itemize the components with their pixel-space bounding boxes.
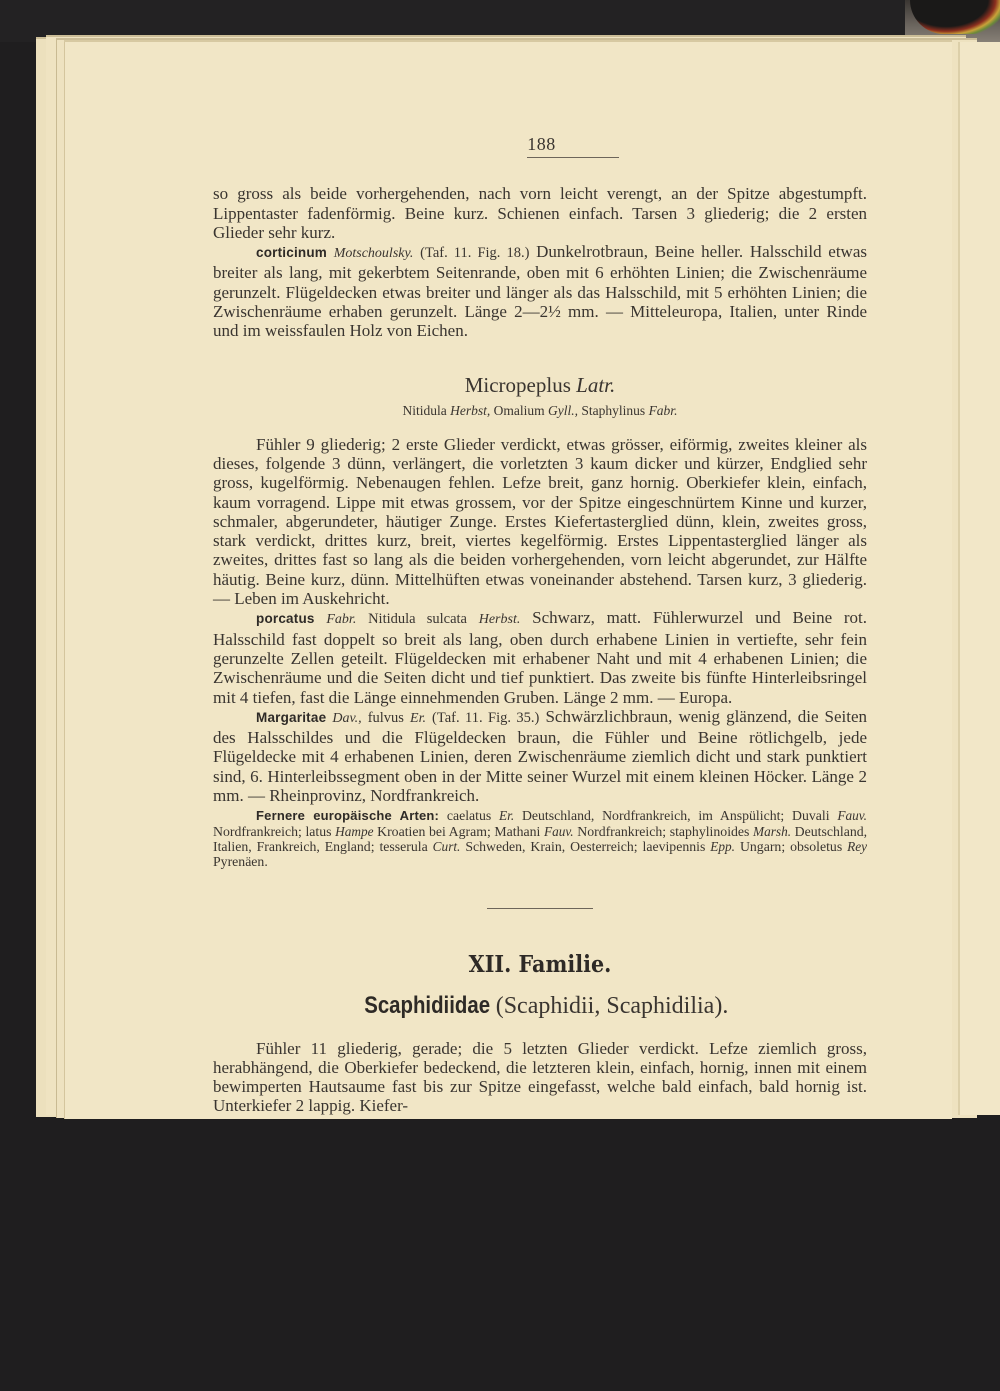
species-name: Margaritae bbox=[256, 710, 326, 725]
further-species-name: Duvali bbox=[792, 808, 830, 823]
family-name: Scaphidiidae bbox=[364, 991, 490, 1021]
further-species-heading: Fernere europäische Arten: bbox=[256, 808, 439, 823]
family-description: Fühler 11 gliederig, gerade; die 5 letzt… bbox=[213, 1039, 867, 1116]
further-species-list: Fernere europäische Arten: caelatus Er. … bbox=[213, 808, 867, 869]
further-species-name: Mathani bbox=[494, 824, 540, 839]
synonym-name: Staphylinus bbox=[581, 403, 645, 418]
species-name: corticinum bbox=[256, 245, 327, 260]
further-species-author: Fauv. bbox=[544, 824, 574, 839]
family-name-heading: Scaphidiidae (Scaphidii, Scaphidilia). bbox=[213, 991, 867, 1021]
page-number: 188 bbox=[216, 135, 867, 154]
further-species-author: Curt. bbox=[433, 839, 461, 854]
species-name: porcatus bbox=[256, 611, 315, 626]
species-entry-corticinum: corticinum Motschoulsky. (Taf. 11. Fig. … bbox=[213, 242, 867, 340]
family-number-heading: XII. Familie. bbox=[246, 951, 835, 979]
species-author: Dav., bbox=[332, 711, 361, 726]
further-species-author: Fauv. bbox=[837, 808, 867, 823]
species-synonym-author: Herbst. bbox=[479, 612, 521, 627]
genus-description: Fühler 9 gliederig; 2 erste Glieder verd… bbox=[213, 435, 867, 609]
further-species-range: Pyrenäen. bbox=[213, 854, 268, 869]
further-species-range: Nordfrankreich; bbox=[577, 824, 666, 839]
page-number-rule bbox=[527, 157, 619, 158]
synonym-author: Fabr. bbox=[649, 403, 678, 418]
further-species-range: Kroatien bei Agram; bbox=[377, 824, 491, 839]
further-species-author: Epp. bbox=[710, 839, 735, 854]
genus-heading: Micropeplus Latr. bbox=[213, 373, 867, 397]
further-species-name: obsoletus bbox=[790, 839, 842, 854]
facing-page-edge bbox=[958, 42, 1000, 1115]
further-species-name: staphylinoides bbox=[670, 824, 750, 839]
further-species-name: tesserula bbox=[379, 839, 427, 854]
synonym-author: Herbst, bbox=[450, 403, 490, 418]
further-species-author: Marsh. bbox=[753, 824, 791, 839]
species-synonym-author: Er. bbox=[410, 711, 426, 726]
species-entry-porcatus: porcatus Fabr. Nitidula sulcata Herbst. … bbox=[213, 608, 867, 706]
plate-reference: (Taf. 11. Fig. 35.) bbox=[432, 710, 539, 726]
further-species-range: Deutschland, Nordfrankreich, im Anspülic… bbox=[522, 808, 784, 823]
further-species-name: latus bbox=[305, 824, 331, 839]
section-divider bbox=[487, 908, 593, 909]
further-species-range: Schweden, Krain, Oesterreich; bbox=[465, 839, 637, 854]
synonym-author: Gyll., bbox=[548, 403, 578, 418]
species-entry-margaritae: Margaritae Dav., fulvus Er. (Taf. 11. Fi… bbox=[213, 707, 867, 805]
genus-synonyms: Nitidula Herbst, Omalium Gyll., Staphyli… bbox=[213, 402, 867, 420]
further-species-author: Er. bbox=[499, 808, 514, 823]
synonym-name: Nitidula bbox=[403, 403, 447, 418]
plate-reference: (Taf. 11. Fig. 18.) bbox=[420, 245, 529, 261]
further-species-name: laevipennis bbox=[643, 839, 706, 854]
page-content: 188 so gross als beide vorhergehenden, n… bbox=[213, 135, 867, 1116]
species-synonym: fulvus bbox=[368, 710, 404, 726]
species-author: Fabr. bbox=[326, 612, 356, 627]
further-species-range: Ungarn; bbox=[740, 839, 785, 854]
family-synonyms: (Scaphidii, Scaphidilia). bbox=[496, 993, 729, 1019]
species-synonym: Nitidula sulcata bbox=[368, 611, 467, 627]
genus-name: Micropeplus bbox=[465, 373, 571, 397]
synonym-name: Omalium bbox=[494, 403, 545, 418]
intro-paragraph: so gross als beide vorhergehenden, nach … bbox=[213, 184, 867, 242]
further-species-range: Nordfrankreich; bbox=[213, 824, 302, 839]
further-species-name: caelatus bbox=[447, 808, 491, 823]
species-author: Motschoulsky. bbox=[334, 246, 414, 261]
further-species-author: Rey bbox=[847, 839, 867, 854]
further-species-author: Hampe bbox=[335, 824, 373, 839]
genus-author: Latr. bbox=[576, 373, 615, 397]
